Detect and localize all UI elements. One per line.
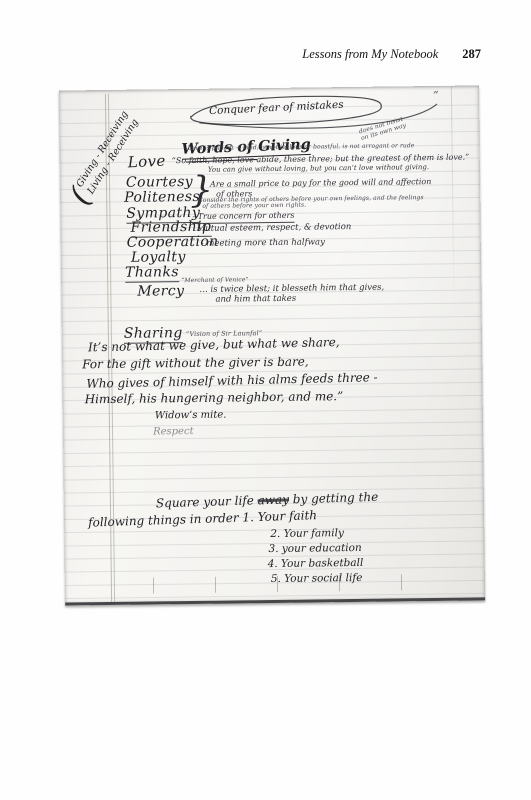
brace-text-line1: Are a small price to pay for the good wi… [210, 178, 431, 190]
scanned-notebook-page: ( Giving - Receiving Living - Receiving … [59, 85, 485, 605]
cooperation-text: - meeting more than halfway [201, 238, 325, 249]
bottom-item-4: 4. Your basketball [268, 558, 364, 571]
poem-line-3: Who gives of himself with his alms feeds… [86, 371, 378, 391]
poem-line-4: Himself, his hungering neighbor, and me.… [85, 390, 344, 406]
widows-mite-note: Widow’s mite. [155, 410, 227, 422]
bottom-item-3: 3. your education [268, 543, 361, 556]
bottom-line1-struck-word: away [257, 492, 289, 507]
entry-love: Love [127, 153, 166, 171]
book-page-scan-view: Lessons from My Notebook 287 ( Giving - … [0, 0, 531, 800]
bottom-line2: following things in order 1. Your faith [88, 509, 317, 530]
love-note-diagonal: does not insist on its own way [358, 116, 407, 142]
entry-politeness: Politeness [124, 190, 200, 206]
respect-note: Respect [153, 426, 194, 437]
bottom-line1: Square your life away by getting the [156, 491, 379, 511]
love-quote-line2: You can give without loving, but you can… [208, 164, 429, 174]
bottom-line1-pre: Square your life [156, 493, 258, 510]
poem-line-2: For the gift without the giver is bare, [82, 356, 309, 372]
love-note-above: Love is patient + kind, is not jealous o… [188, 143, 415, 152]
bottom-item-2: 2. Your family [270, 528, 344, 540]
mercy-line2: and him that takes [215, 295, 296, 305]
circled-note: Conquer fear of mistakes [209, 100, 344, 118]
stray-quote-mark: ” [433, 90, 439, 102]
pencil-tick-marks [153, 574, 413, 593]
entry-mercy: Mercy [137, 284, 184, 300]
bottom-line1-post: by getting the [289, 490, 379, 507]
paper-crease [451, 86, 455, 316]
page-number: 287 [462, 47, 481, 62]
friendship-text: Mutual esteem, respect, & devotion [197, 223, 352, 234]
running-header: Lessons from My Notebook 287 [302, 47, 481, 62]
entry-thanks: Thanks [125, 265, 179, 283]
book-title: Lessons from My Notebook [302, 47, 438, 62]
poem-line-1: It’s not what we give, but what we share… [88, 336, 340, 354]
sympathy-note-2: of others before your own rights. [202, 203, 306, 211]
